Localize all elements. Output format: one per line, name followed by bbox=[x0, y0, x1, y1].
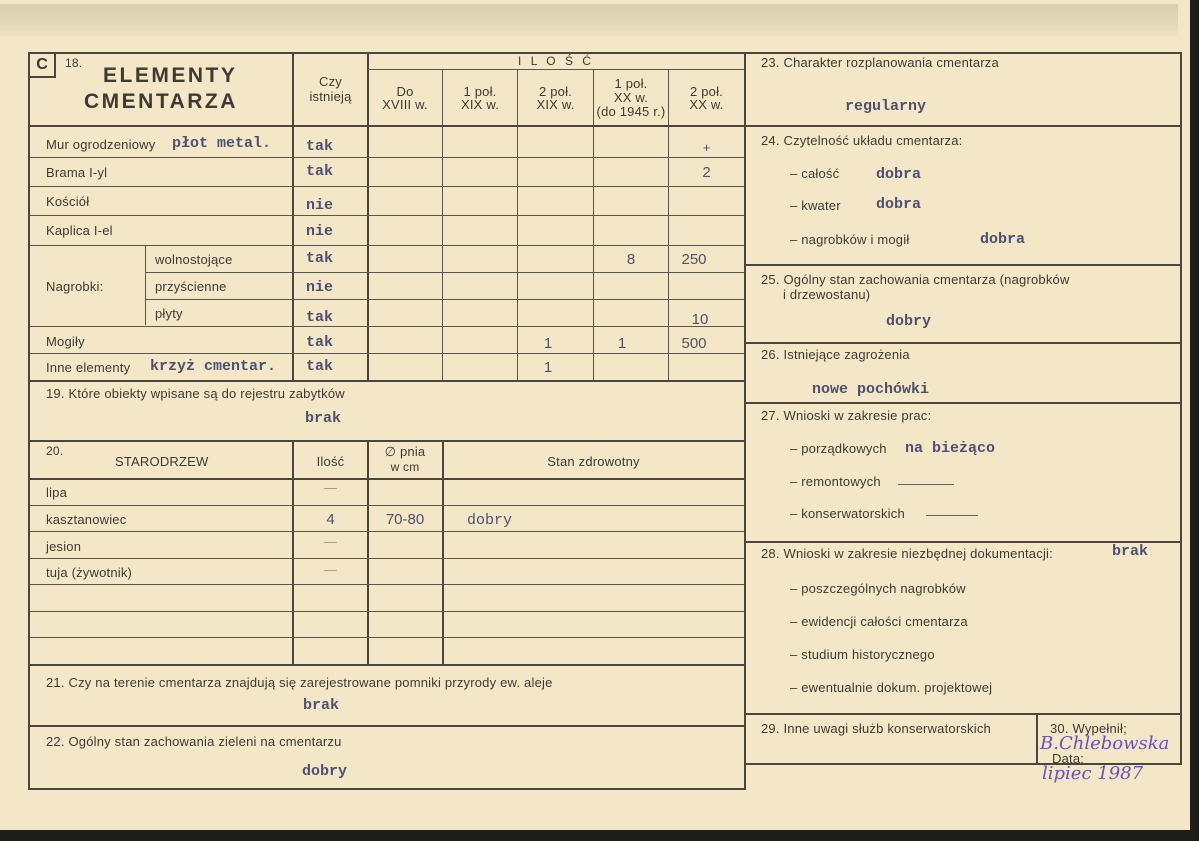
row-exists-mogily: tak bbox=[306, 334, 333, 351]
row-q4-wolnostojace: 8 bbox=[594, 251, 668, 268]
row-divider bbox=[30, 558, 744, 559]
s19-bottom bbox=[30, 440, 744, 442]
s21-value: brak bbox=[303, 697, 339, 714]
s20-col-qty: Ilość bbox=[294, 454, 367, 469]
tree-diam: 70-80 bbox=[368, 511, 442, 528]
s24-item-label: – nagrobków i mogił bbox=[790, 232, 909, 247]
s27-item-label: – porządkowych bbox=[790, 441, 887, 456]
s26-value: nowe pochówki bbox=[812, 381, 929, 398]
row-divider bbox=[145, 272, 744, 273]
nagrobki-group-label: Nagrobki: bbox=[46, 279, 103, 294]
period-col-4-note: (do 1945 r.) bbox=[594, 104, 668, 119]
row-exists-kosciol: nie bbox=[306, 197, 333, 214]
s28-item: – studium historycznego bbox=[790, 647, 935, 662]
s27-item-label: – konserwatorskich bbox=[790, 506, 905, 521]
s25-label-l1: 25. Ogólny stan zachowania cmentarza (na… bbox=[761, 272, 1070, 287]
tree-qty: — bbox=[294, 480, 367, 495]
row-q5-wolnostojace: 250 bbox=[669, 251, 719, 268]
s29-label: 29. Inne uwagi służb konserwatorskich bbox=[761, 721, 991, 736]
s27-item-label: – remontowych bbox=[790, 474, 881, 489]
s28-item: – ewidencji całości cmentarza bbox=[790, 614, 968, 629]
s27-item-value: na bieżąco bbox=[905, 440, 995, 457]
row-q3-mogily: 1 bbox=[518, 335, 578, 352]
s28-item: – poszczególnych nagrobków bbox=[790, 581, 966, 596]
s28-bottom bbox=[746, 713, 1180, 715]
row-exists-wolnostojace: tak bbox=[306, 250, 333, 267]
row-divider bbox=[30, 584, 744, 585]
row-divider bbox=[30, 215, 744, 216]
s19-label: 19. Które obiekty wpisane są do rejestru… bbox=[46, 386, 345, 401]
row-typed-mur: płot metal. bbox=[172, 135, 271, 152]
blank-dash bbox=[898, 484, 954, 485]
s24-item-label: – całość bbox=[790, 166, 839, 181]
tree-species: jesion bbox=[46, 539, 81, 554]
s27-label: 27. Wnioski w zakresie prac: bbox=[761, 408, 931, 423]
s28-label: 28. Wnioski w zakresie niezbędnej dokume… bbox=[761, 546, 1053, 561]
row-q5-plyty: 10 bbox=[669, 311, 731, 328]
s20-number: 20. bbox=[46, 444, 63, 458]
s20-col-diam-l1: ∅ pnia bbox=[368, 444, 442, 460]
s18-col-divider bbox=[517, 70, 518, 380]
s20-col-diam-l2: w cm bbox=[368, 460, 442, 474]
s20-header-bottom bbox=[30, 478, 744, 480]
row-exists-mur: tak bbox=[306, 138, 333, 155]
row-label-plyty: płyty bbox=[155, 306, 183, 321]
period-col-4: 1 poł. bbox=[594, 76, 668, 91]
quantity-header: I L O Ś Ć bbox=[368, 54, 744, 68]
s24-bottom bbox=[746, 264, 1180, 266]
row-q3-inne: 1 bbox=[518, 359, 578, 376]
row-q5-mogily: 500 bbox=[669, 335, 719, 352]
row-label-inne: Inne elementy bbox=[46, 360, 130, 375]
blank-dash bbox=[926, 515, 978, 516]
s22-value: dobry bbox=[302, 763, 347, 780]
row-label-przyscienne: przyścienne bbox=[155, 279, 227, 294]
s26-bottom bbox=[746, 402, 1180, 404]
s20-bottom bbox=[30, 664, 744, 666]
s18-col-divider bbox=[668, 70, 669, 380]
s24-item-label: – kwater bbox=[790, 198, 841, 213]
s25-bottom bbox=[746, 342, 1180, 344]
row-divider bbox=[145, 299, 744, 300]
row-q4-mogily: 1 bbox=[594, 335, 650, 352]
row-exists-plyty: tak bbox=[306, 309, 333, 326]
s25-label-l2: i drzewostanu) bbox=[783, 287, 870, 302]
s18-col-divider bbox=[442, 70, 443, 380]
s24-item-value: dobra bbox=[876, 166, 921, 183]
form-sheet: C 18. ELEMENTY CMENTARZA Czy istnieją I … bbox=[0, 0, 1190, 830]
s24-item-value: dobra bbox=[980, 231, 1025, 248]
row-divider bbox=[30, 353, 744, 354]
row-divider bbox=[30, 611, 744, 612]
row-divider bbox=[30, 245, 744, 246]
s18-header-bottom bbox=[30, 125, 744, 127]
s23-bottom bbox=[746, 125, 1180, 127]
s30-date-value: lipiec 1987 bbox=[1042, 763, 1143, 784]
row-label-kosciol: Kościół bbox=[46, 194, 89, 209]
tree-qty: 4 bbox=[294, 511, 367, 528]
s20-col-divider bbox=[367, 441, 369, 664]
tape-edge bbox=[0, 30, 1178, 36]
s24-item-value: dobra bbox=[876, 196, 921, 213]
s22-label: 22. Ogólny stan zachowania zieleni na cm… bbox=[46, 734, 342, 749]
row-label-mogily: Mogiły bbox=[46, 334, 85, 349]
nagrobki-divider bbox=[145, 245, 146, 325]
period-col-1-sub: XVIII w. bbox=[368, 97, 442, 112]
tree-species: lipa bbox=[46, 485, 67, 500]
period-col-2-sub: XIX w. bbox=[443, 97, 517, 112]
s29-s30-divider bbox=[1036, 714, 1038, 764]
row-exists-inne: tak bbox=[306, 358, 333, 375]
s23-value: regularny bbox=[845, 98, 926, 115]
ilosc-underline bbox=[368, 69, 744, 70]
period-col-3-sub: XIX w. bbox=[518, 97, 593, 112]
row-q5-mur: + bbox=[669, 140, 744, 155]
row-divider bbox=[30, 157, 744, 158]
col-exists-l1: Czy bbox=[294, 74, 367, 89]
s23-label: 23. Charakter rozplanowania cmentarza bbox=[761, 55, 999, 70]
col-exists-l2: istnieją bbox=[294, 89, 367, 104]
period-col-4-sub: XX w. bbox=[594, 90, 668, 105]
row-divider bbox=[30, 505, 744, 506]
period-col-5-sub: XX w. bbox=[669, 97, 744, 112]
s20-col-divider bbox=[292, 441, 294, 664]
tree-qty: — bbox=[294, 534, 367, 549]
section-letter-box: C bbox=[28, 52, 56, 78]
tree-species: tuja (żywotnik) bbox=[46, 565, 132, 580]
s21-bottom bbox=[30, 725, 744, 727]
s18-title-line2: CMENTARZA bbox=[84, 90, 238, 114]
row-divider bbox=[30, 531, 744, 532]
s28-item: – ewentualnie dokum. projektowej bbox=[790, 680, 992, 695]
s28-value: brak bbox=[1112, 543, 1148, 560]
tree-species: kasztanowiec bbox=[46, 512, 126, 527]
s26-label: 26. Istniejące zagrożenia bbox=[761, 347, 910, 362]
s20-title: STARODRZEW bbox=[115, 454, 208, 469]
s18-bottom bbox=[30, 380, 744, 382]
row-typed-inne: krzyż cmentar. bbox=[150, 358, 276, 375]
s18-title-line1: ELEMENTY bbox=[103, 64, 237, 88]
row-divider bbox=[30, 637, 744, 638]
row-exists-brama: tak bbox=[306, 163, 333, 180]
row-label-mur: Mur ogrodzeniowy bbox=[46, 137, 155, 152]
s24-label: 24. Czytelność układu cmentarza: bbox=[761, 133, 963, 148]
s20-col-divider bbox=[442, 441, 444, 664]
s19-value: brak bbox=[305, 410, 341, 427]
s21-label: 21. Czy na terenie cmentarza znajdują si… bbox=[46, 675, 553, 690]
row-label-wolnostojace: wolnostojące bbox=[155, 252, 233, 267]
row-exists-kaplica: nie bbox=[306, 223, 333, 240]
row-label-brama: Brama I-yl bbox=[46, 165, 107, 180]
row-label-kaplica: Kaplica I-el bbox=[46, 223, 113, 238]
s20-col-health: Stan zdrowotny bbox=[443, 454, 744, 469]
s18-number: 18. bbox=[65, 56, 82, 70]
row-divider bbox=[30, 186, 744, 187]
row-divider bbox=[30, 326, 744, 327]
row-exists-przyscienne: nie bbox=[306, 279, 333, 296]
tree-health: dobry bbox=[467, 512, 512, 529]
row-q5-brama: 2 bbox=[669, 164, 744, 181]
s25-value: dobry bbox=[886, 313, 931, 330]
tree-qty: — bbox=[294, 562, 367, 577]
